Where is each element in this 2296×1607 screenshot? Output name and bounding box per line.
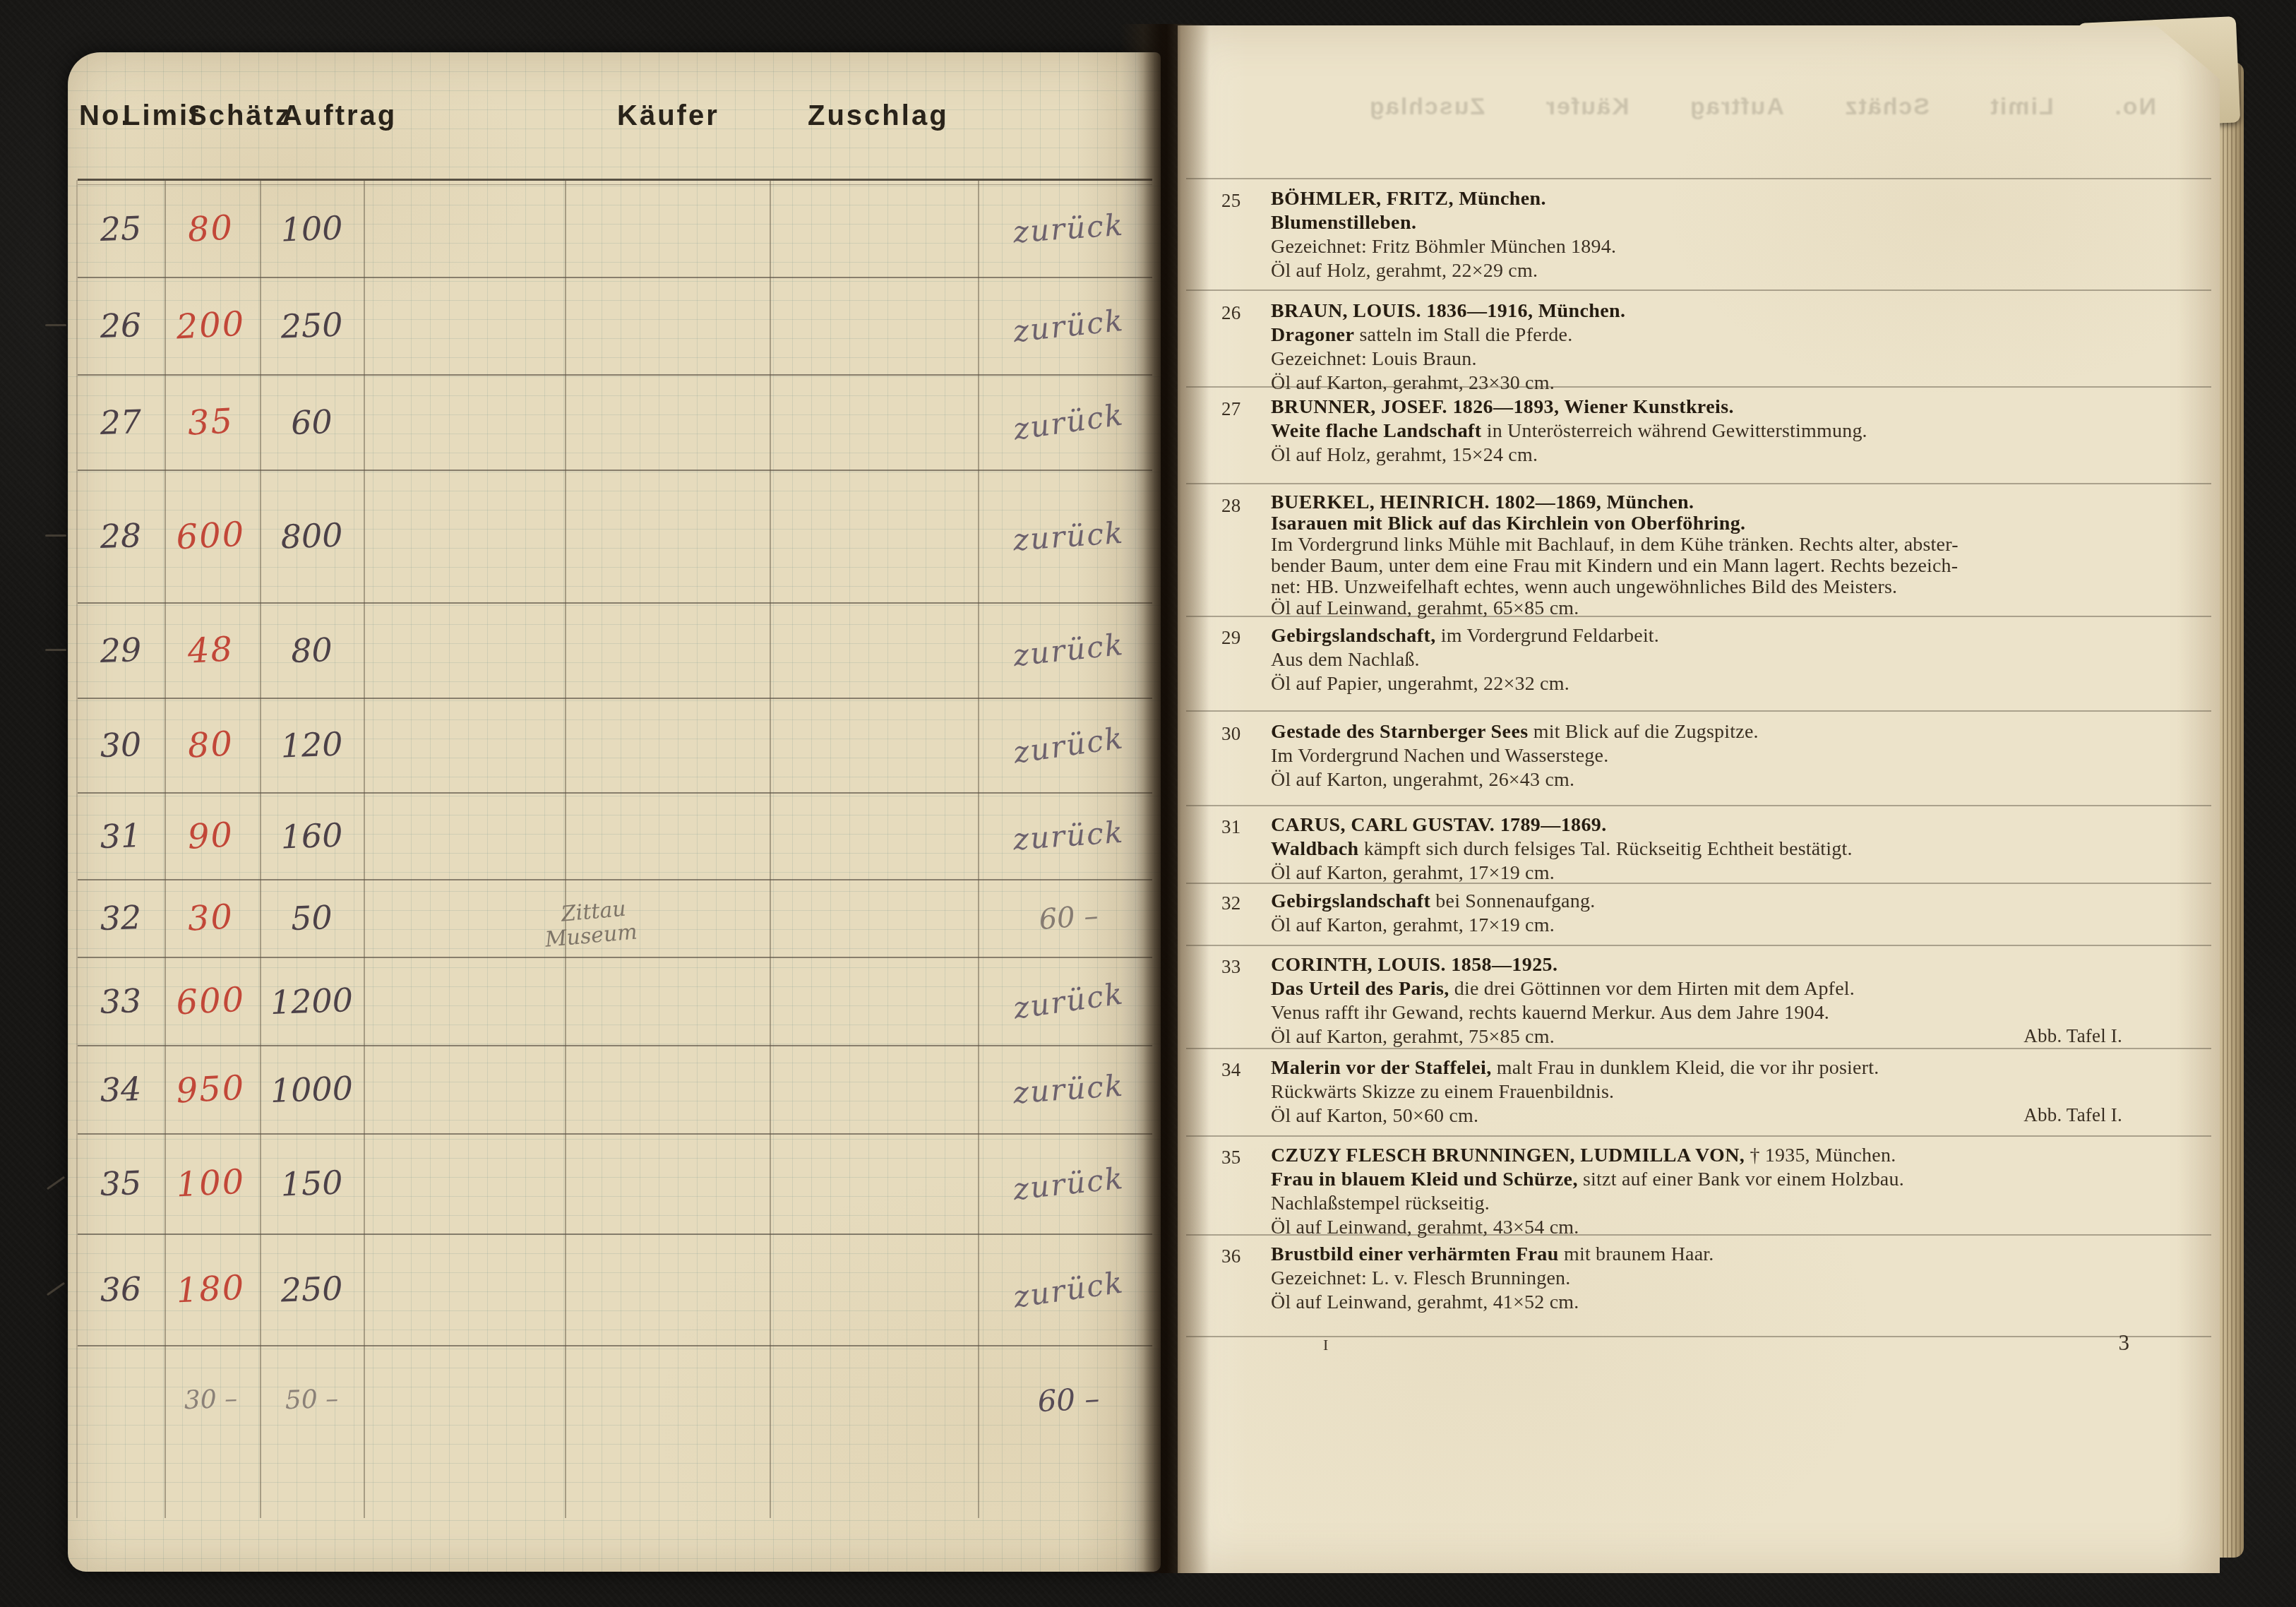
entry-line: Malerin vor der Staffelei, malt Frau in … [1271, 1056, 2166, 1080]
ghost-header-word: Auftrag [1689, 93, 1784, 121]
entry-line: Waldbach kämpft sich durch felsiges Tal.… [1271, 837, 2166, 861]
entry-separator [1186, 289, 2211, 291]
column-header-auftrag: Auftrag [282, 100, 397, 132]
ghost-header-word: Käufer [1545, 93, 1630, 121]
cell-schaetz: 250 [263, 275, 361, 376]
entry-line: Rückwärts Skizze zu einem Frauenbildnis. [1271, 1080, 2166, 1104]
ledger-row: 323050ZittauMuseum60 – [68, 879, 1161, 957]
cell-kaeufer: ZittauMuseum [559, 871, 770, 966]
entry-separator [1186, 1336, 2211, 1337]
entry-number: 32 [1221, 892, 1240, 914]
catalog-entry: 26BRAUN, LOUIS. 1836—1916, München.Drago… [1271, 299, 2166, 395]
zuschlag-note: zurück [976, 686, 1161, 804]
cell-schaetz: 1000 [263, 1044, 361, 1135]
page-number: 3 [2119, 1330, 2130, 1356]
cell-limit: 600 [165, 955, 257, 1047]
entry-regular-text: sitzt auf einer Bank vor einem Holzbau. [1578, 1169, 1904, 1190]
cell-limit: 30 – [165, 1344, 256, 1456]
entry-bold-text: Brustbild einer verhärmten Frau [1271, 1243, 1559, 1265]
entry-regular-text: Öl auf Leinwand, gerahmt, 41×52 cm. [1271, 1291, 1579, 1313]
entry-line: Nachlaßstempel rückseitig. [1271, 1192, 2166, 1216]
cell-no: 33 [80, 955, 161, 1046]
entry-line: Isarauen mit Blick auf das Kirchlein von… [1271, 513, 2166, 534]
catalog-entry: 34Malerin vor der Staffelei, malt Frau i… [1271, 1056, 2166, 1128]
entry-number: 35 [1221, 1147, 1240, 1169]
entry-number: 26 [1221, 302, 1240, 324]
cell-no: 35 [80, 1132, 162, 1235]
ghost-header-word: Schätz [1843, 93, 1930, 121]
entry-regular-text: bei Sonnenaufgang. [1430, 890, 1595, 912]
catalog-entry: 35CZUZY FLESCH BRUNNINGEN, LUDMILLA VON,… [1271, 1144, 2166, 1240]
entry-regular-text: satteln im Stall die Pferde. [1354, 324, 1572, 346]
entry-regular-text: Öl auf Karton, gerahmt, 17×19 cm. [1271, 862, 1555, 884]
entry-number: 31 [1221, 816, 1240, 838]
entry-separator [1186, 1135, 2211, 1137]
catalog-entry: 29Gebirgslandschaft, im Vordergrund Feld… [1271, 624, 2166, 696]
entry-line: Öl auf Karton, gerahmt, 17×19 cm. [1271, 861, 2166, 885]
catalog-entry: 36Brustbild einer verhärmten Frau mit br… [1271, 1243, 2166, 1315]
entry-separator [1186, 483, 2211, 484]
entry-line: Blumenstilleben. [1271, 211, 2166, 235]
cell-limit: 90 [165, 790, 257, 881]
cell-no: 26 [80, 275, 162, 376]
entry-separator [1186, 805, 2211, 806]
entry-line: Gezeichnet: L. v. Flesch Brunningen. [1271, 1267, 2166, 1291]
column-header-schaetz: Schätz [188, 100, 292, 132]
ledger-row: 30 –50 –60 – [68, 1345, 1161, 1454]
ghost-header-word: No. [2113, 93, 2156, 121]
entry-line: Das Urteil des Paris, die drei Göttinnen… [1271, 977, 2166, 1001]
ledger-row: 273560zurück [68, 374, 1161, 470]
entry-line: BUERKEL, HEINRICH. 1802—1869, München. [1271, 492, 2166, 513]
cell-limit: 48 [165, 600, 258, 700]
entry-bold-text: Isarauen mit Blick auf das Kirchlein von… [1271, 513, 1746, 534]
entry-separator [1186, 710, 2211, 712]
entry-bold-text: BUERKEL, HEINRICH. 1802—1869, München. [1271, 491, 1694, 513]
entry-bold-text: Waldbach [1271, 838, 1359, 860]
entry-line: Venus rafft ihr Gewand, rechts kauernd M… [1271, 1001, 2166, 1025]
ledger-row: 3190160zurück [68, 792, 1161, 879]
margin-tick [45, 534, 66, 537]
entry-bold-text: CORINTH, LOUIS. 1858—1925. [1271, 954, 1557, 976]
cell-limit: 80 [165, 695, 258, 794]
entry-line: Weite flache Landschaft in Unterösterrei… [1271, 419, 2166, 443]
entry-line: Im Vordergrund Nachen und Wasserstege. [1271, 744, 2166, 768]
entry-line: BRAUN, LOUIS. 1836—1916, München. [1271, 299, 2166, 323]
entry-line: Aus dem Nachlaß. [1271, 648, 2166, 672]
entry-regular-text: Öl auf Holz, gerahmt, 22×29 cm. [1271, 260, 1538, 282]
signature-mark: I [1323, 1336, 1328, 1354]
entry-regular-text: mit Blick auf die Zugspitze. [1529, 721, 1759, 743]
cell-schaetz: 60 [263, 373, 361, 472]
cell-limit: 80 [165, 178, 258, 279]
catalog-entry: 27BRUNNER, JOSEF. 1826—1893, Wiener Kuns… [1271, 395, 2166, 467]
margin-tick [45, 649, 66, 651]
cell-no: 36 [80, 1232, 161, 1346]
entry-line: Im Vordergrund links Mühle mit Bachlauf,… [1271, 534, 2166, 556]
entry-line: Öl auf Holz, gerahmt, 22×29 cm. [1271, 259, 2166, 283]
cell-schaetz: 50 [263, 878, 361, 959]
cell-limit: 200 [164, 275, 257, 376]
entry-number: 36 [1221, 1245, 1240, 1267]
zuschlag-note: zurück [979, 1039, 1158, 1140]
cell-limit: 600 [163, 467, 258, 604]
entry-regular-text: Im Vordergrund links Mühle mit Bachlauf,… [1271, 534, 1959, 556]
entry-regular-text: Öl auf Karton, 50×60 cm. [1271, 1105, 1478, 1127]
entry-regular-text: † 1935, München. [1745, 1145, 1896, 1166]
entry-bold-text: CZUZY FLESCH BRUNNINGEN, LUDMILLA VON, [1271, 1145, 1745, 1166]
entry-regular-text: im Vordergrund Feldarbeit. [1436, 625, 1659, 647]
entry-line: Gezeichnet: Louis Braun. [1271, 347, 2166, 371]
cell-no: 28 [80, 468, 162, 604]
entry-bold-text: Gebirgslandschaft [1271, 890, 1430, 912]
cell-no: 29 [80, 601, 162, 699]
catalog-entry: 30Gestade des Starnberger Sees mit Blick… [1271, 720, 2166, 792]
entry-line: Brustbild einer verhärmten Frau mit brau… [1271, 1243, 2166, 1267]
catalog-page: No. Limit Schätz Auftrag Käufer Zuschlag… [1178, 25, 2220, 1573]
plate-note: Abb. Tafel I. [2023, 1025, 2122, 1047]
entry-number: 28 [1221, 495, 1240, 517]
ghost-header-word: Zuschlag [1368, 93, 1485, 121]
column-header-kaeufer: Käufer [617, 100, 719, 132]
cell-schaetz: 50 – [262, 1344, 361, 1457]
cell-limit: 180 [164, 1231, 258, 1347]
cell-limit: 100 [164, 1131, 257, 1236]
entry-bold-text: Das Urteil des Paris, [1271, 978, 1449, 1000]
entry-line: CZUZY FLESCH BRUNNINGEN, LUDMILLA VON, †… [1271, 1144, 2166, 1168]
entry-bold-text: Gestade des Starnberger Sees [1271, 721, 1529, 743]
entry-number: 27 [1221, 398, 1240, 420]
entry-line: CORINTH, LOUIS. 1858—1925. [1271, 953, 2166, 977]
zuschlag-note: zurück [975, 1222, 1162, 1357]
entry-separator [1186, 178, 2211, 179]
entry-regular-text: die drei Göttinnen vor dem Hirten mit de… [1449, 978, 1855, 1000]
ledger-row: 35100150zurück [68, 1133, 1161, 1233]
entry-line: bender Baum, unter dem eine Frau mit Kin… [1271, 556, 2166, 577]
entry-line: Öl auf Holz, gerahmt, 15×24 cm. [1271, 443, 2166, 467]
entry-bold-text: BÖHMLER, FRITZ, München. [1271, 188, 1546, 210]
cell-no: 27 [80, 373, 162, 471]
entry-number: 30 [1221, 723, 1240, 745]
catalog-entry: 31CARUS, CARL GUSTAV. 1789—1869.Waldbach… [1271, 813, 2166, 885]
entry-line: BÖHMLER, FRITZ, München. [1271, 187, 2166, 211]
cell-schaetz: 800 [262, 468, 361, 604]
ledger-row: 28600800zurück [68, 470, 1161, 602]
zuschlag-note: zurück [979, 174, 1159, 283]
entry-regular-text: Öl auf Karton, gerahmt, 75×85 cm. [1271, 1026, 1555, 1048]
entry-line: Dragoner satteln im Stall die Pferde. [1271, 323, 2166, 347]
cell-schaetz: 150 [263, 1132, 361, 1236]
entry-line: Gestade des Starnberger Sees mit Blick a… [1271, 720, 2166, 744]
zuschlag-note: 60 – [979, 1341, 1158, 1459]
cell-limit: 950 [165, 1043, 257, 1135]
margin-tick [45, 324, 66, 326]
entry-number: 34 [1221, 1059, 1240, 1081]
cell-limit: 35 [165, 372, 258, 472]
entry-number: 25 [1221, 190, 1240, 212]
zuschlag-note: zurück [976, 363, 1161, 482]
entry-separator [1186, 945, 2211, 946]
entry-regular-text: Im Vordergrund Nachen und Wasserstege. [1271, 745, 1608, 767]
catalog-entry: 28BUERKEL, HEINRICH. 1802—1869, München.… [1271, 492, 2166, 619]
cell-limit: 30 [165, 877, 257, 959]
entry-regular-text: Öl auf Karton, gerahmt, 23×30 cm. [1271, 372, 1555, 394]
ledger-row: 2580100zurück [68, 180, 1161, 277]
ledger-page: No. Limit Schätz Auftrag Käufer Zuschlag… [68, 52, 1161, 1572]
entry-line: Öl auf Karton, ungerahmt, 26×43 cm. [1271, 768, 2166, 792]
cell-no: 25 [80, 179, 162, 278]
entry-regular-text: Öl auf Karton, ungerahmt, 26×43 cm. [1271, 769, 1574, 791]
entry-regular-text: Öl auf Leinwand, gerahmt, 43×54 cm. [1271, 1217, 1579, 1238]
ledger-row: 36180250zurück [68, 1233, 1161, 1345]
entry-regular-text: malt Frau in dunklem Kleid, die vor ihr … [1492, 1057, 1879, 1079]
cell-schaetz: 160 [263, 791, 361, 881]
entry-regular-text: Öl auf Papier, ungerahmt, 22×32 cm. [1271, 673, 1569, 695]
plate-note: Abb. Tafel I. [2023, 1104, 2122, 1126]
entry-regular-text: net: HB. Unzweifelhaft echtes, wenn auch… [1271, 576, 1897, 598]
entry-regular-text: Gezeichnet: L. v. Flesch Brunningen. [1271, 1267, 1571, 1289]
entry-bold-text: Frau in blauem Kleid und Schürze, [1271, 1169, 1578, 1190]
entry-regular-text: Gezeichnet: Fritz Böhmler München 1894. [1271, 236, 1616, 258]
cell-schaetz: 250 [262, 1232, 361, 1347]
entry-regular-text: Nachlaßstempel rückseitig. [1271, 1193, 1490, 1214]
catalog-entry: 25BÖHMLER, FRITZ, München.Blumenstillebe… [1271, 187, 2166, 283]
entry-number: 29 [1221, 627, 1240, 649]
entry-bold-text: CARUS, CARL GUSTAV. 1789—1869. [1271, 814, 1607, 836]
entry-regular-text: mit braunem Haar. [1559, 1243, 1714, 1265]
ledger-row: 26200250zurück [68, 277, 1161, 374]
entry-regular-text: kämpft sich durch felsiges Tal. Rückseit… [1359, 838, 1853, 860]
cell-no: 34 [80, 1044, 161, 1135]
catalog-entry: 33CORINTH, LOUIS. 1858—1925.Das Urteil d… [1271, 953, 2166, 1049]
cell-no: 31 [80, 791, 161, 880]
catalog-entry: 32Gebirgslandschaft bei Sonnenaufgang.Öl… [1271, 890, 2166, 938]
entry-regular-text: Öl auf Holz, gerahmt, 15×24 cm. [1271, 444, 1538, 466]
entry-regular-text: in Unterösterreich während Gewitterstimm… [1482, 420, 1867, 442]
cell-no: 32 [80, 878, 161, 958]
entry-line: Öl auf Karton, gerahmt, 23×30 cm. [1271, 371, 2166, 395]
column-header-zuschlag: Zuschlag [808, 100, 949, 132]
entry-line: Öl auf Papier, ungerahmt, 22×32 cm. [1271, 672, 2166, 696]
entry-line: CARUS, CARL GUSTAV. 1789—1869. [1271, 813, 2166, 837]
cell-schaetz: 120 [263, 696, 361, 794]
cell-schaetz: 1200 [263, 955, 361, 1047]
entry-line: Frau in blauem Kleid und Schürze, sitzt … [1271, 1168, 2166, 1192]
entry-line: Gebirgslandschaft, im Vordergrund Feldar… [1271, 624, 2166, 648]
entry-regular-text: Rückwärts Skizze zu einem Frauenbildnis. [1271, 1081, 1614, 1103]
entry-line: Öl auf Leinwand, gerahmt, 41×52 cm. [1271, 1291, 2166, 1315]
buyer-line: Museum [544, 920, 638, 952]
entry-bold-text: Weite flache Landschaft [1271, 420, 1482, 442]
entry-regular-text: Öl auf Karton, gerahmt, 17×19 cm. [1271, 914, 1555, 936]
entry-line: Öl auf Leinwand, gerahmt, 65×85 cm. [1271, 598, 2166, 619]
entry-bold-text: Malerin vor der Staffelei, [1271, 1057, 1492, 1079]
entry-regular-text: Aus dem Nachlaß. [1271, 649, 1420, 671]
entry-regular-text: Venus rafft ihr Gewand, rechts kauernd M… [1271, 1002, 1829, 1024]
cell-no: 30 [80, 696, 162, 794]
entry-line: Öl auf Leinwand, gerahmt, 43×54 cm. [1271, 1216, 2166, 1240]
zuschlag-note: zurück [979, 787, 1158, 885]
ledger-row: 349501000zurück [68, 1045, 1161, 1133]
entry-regular-text: Öl auf Leinwand, gerahmt, 65×85 cm. [1271, 597, 1579, 619]
ledger-row: 294880zurück [68, 602, 1161, 698]
entry-bold-text: BRUNNER, JOSEF. 1826—1893, Wiener Kunstk… [1271, 396, 1734, 418]
entry-line: net: HB. Unzweifelhaft echtes, wenn auch… [1271, 577, 2166, 598]
ghost-header: No. Limit Schätz Auftrag Käufer Zuschlag [1368, 93, 2156, 121]
entry-line: Gebirgslandschaft bei Sonnenaufgang. [1271, 890, 2166, 914]
cell-schaetz: 80 [263, 601, 361, 700]
entry-bold-text: BRAUN, LOUIS. 1836—1916, München. [1271, 300, 1625, 322]
ledger-row: 3080120zurück [68, 698, 1161, 792]
entry-bold-text: Dragoner [1271, 324, 1354, 346]
entry-regular-text: Gezeichnet: Louis Braun. [1271, 348, 1477, 370]
ghost-header-word: Limit [1990, 93, 2054, 121]
zuschlag-note: zurück [978, 464, 1160, 609]
ledger-row: 336001200zurück [68, 957, 1161, 1045]
entry-line: Öl auf Karton, gerahmt, 17×19 cm. [1271, 914, 2166, 938]
entry-bold-text: Blumenstilleben. [1271, 212, 1416, 234]
entry-line: BRUNNER, JOSEF. 1826—1893, Wiener Kunstk… [1271, 395, 2166, 419]
entry-regular-text: bender Baum, unter dem eine Frau mit Kin… [1271, 555, 1958, 577]
entry-number: 33 [1221, 956, 1240, 978]
entry-line: Gezeichnet: Fritz Böhmler München 1894. [1271, 235, 2166, 259]
entry-bold-text: Gebirgslandschaft, [1271, 625, 1436, 647]
cell-schaetz: 100 [263, 179, 361, 279]
